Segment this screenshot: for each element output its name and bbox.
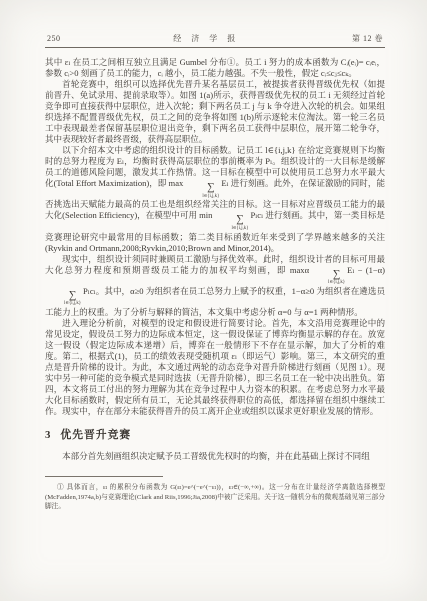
paragraph-section-intro: 本部分首先刻画组织决定赋予员工晋级优先权时的均衡，并在此基础上探讨不同组 xyxy=(45,451,385,462)
sigma-glyph: ∑ xyxy=(52,291,77,302)
summation-symbol: ∑l∈{i,j,k} xyxy=(311,270,345,286)
section-title: 优先晋升竞赛 xyxy=(60,429,131,441)
text-segment: Pₗcₗ。其中，α≥0 为组织者在员工总努力上赋予的权重，1−α≥0 为组织者在… xyxy=(45,286,385,317)
paragraph-discussion: 进入理论分析前，对模型的设定和假设进行简要讨论。首先，本文沿用竞赛理论中的常见设… xyxy=(45,318,385,417)
text-segment: Eₗ − (1−α) xyxy=(347,265,385,275)
paragraph-first-round: 首轮竞赛中，组织可以选择优先晋升某名基层员工，被提拔者获得晋级优先权（如提前晋升… xyxy=(45,79,385,145)
article-body: 其中 εₗ 在员工之间相互独立且满足 Gumbel 分布①。员工 i 努力的成本… xyxy=(45,57,385,462)
summation-symbol: ∑l∈{i,j,k} xyxy=(185,183,219,199)
sigma-glyph: ∑ xyxy=(219,215,244,226)
paragraph-objective-functions: 以下介绍本文中考虑的组织设计的目标函数。记员工 l∈{i,j,k} 在给定竞赛规… xyxy=(45,145,385,254)
paragraph-weighted-objective: 现实中，组织设计须同时兼顾员工激励与择优效率。此时，组织设计者的目标可用最大化总… xyxy=(45,254,385,319)
journal-page: 250 经 济 学 报 第 12 卷 其中 εₗ 在员工之间相互独立且满足 Gu… xyxy=(0,0,427,601)
paragraph-model-setup: 其中 εₗ 在员工之间相互独立且满足 Gumbel 分布①。员工 i 努力的成本… xyxy=(45,57,385,79)
footnote-gumbel: ① 具体而言，εₗ 的累积分布函数为 G(εₗ)=e^(−e^(−εₗ))，εₗ… xyxy=(45,483,385,512)
sigma-glyph: ∑ xyxy=(316,270,341,281)
summation-symbol: ∑l∈{i,j,k} xyxy=(47,291,81,307)
sigma-glyph: ∑ xyxy=(190,183,215,194)
header-rule xyxy=(45,47,385,48)
journal-title: 经 济 学 报 xyxy=(173,33,239,44)
page-number: 250 xyxy=(47,34,61,43)
summation-symbol: ∑l∈{i,j,k} xyxy=(214,215,248,231)
volume-label: 第 12 卷 xyxy=(352,33,383,44)
page-header: 250 经 济 学 报 第 12 卷 xyxy=(45,33,385,47)
section-heading: 3优先晋升竞赛 xyxy=(45,430,385,441)
section-number: 3 xyxy=(45,429,51,441)
footnote-divider xyxy=(45,476,163,477)
